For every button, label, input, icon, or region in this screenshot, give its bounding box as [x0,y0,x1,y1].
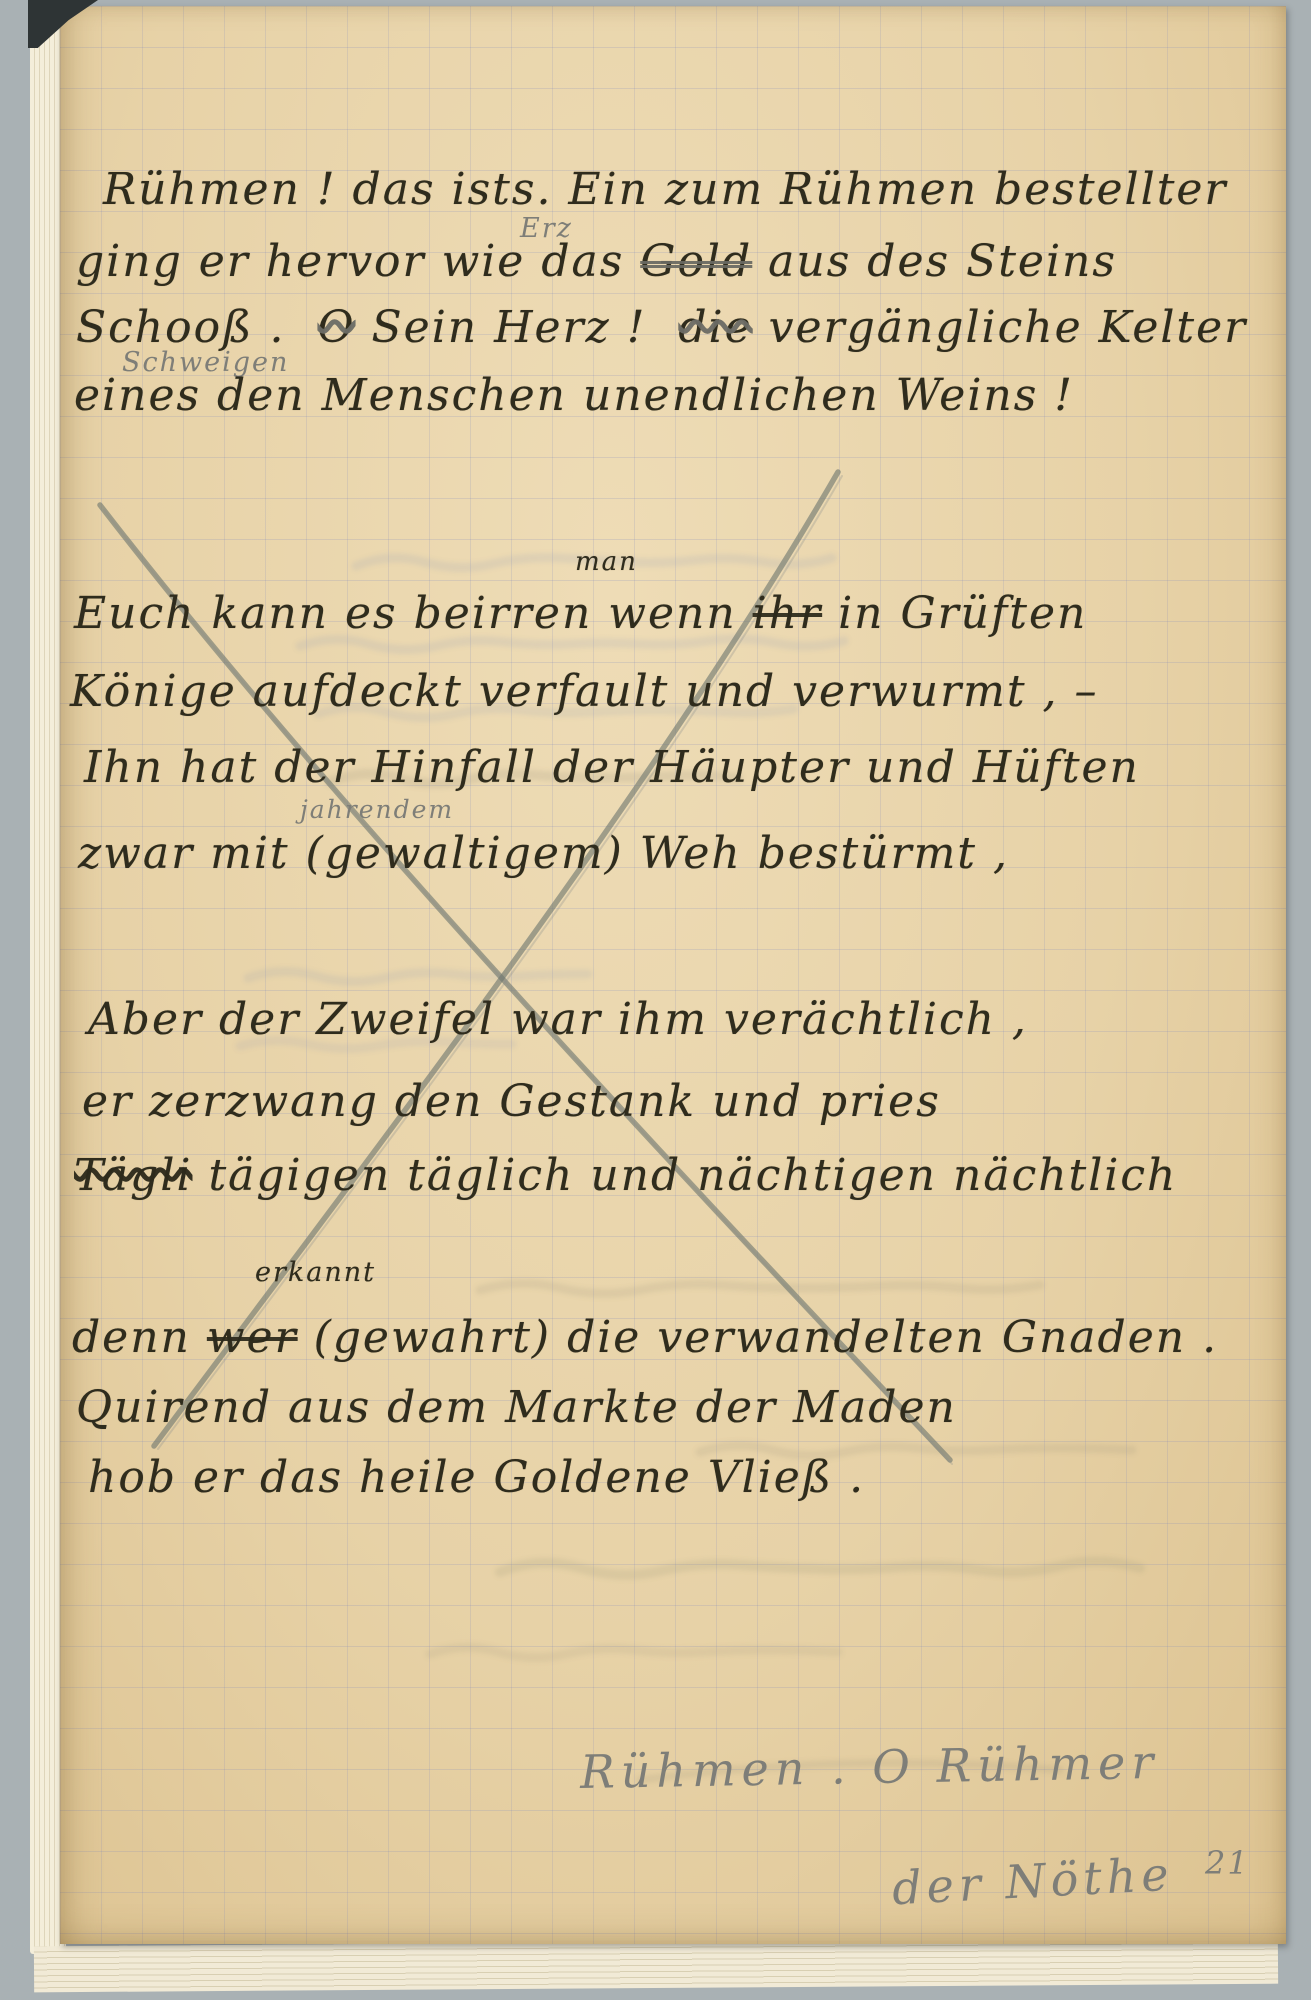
manuscript-page [60,6,1286,1944]
notebook-page-stack-bottom-edge [34,1938,1278,1993]
photograph-of-notebook-page: { "document": { "type": "handwritten poe… [0,0,1311,2000]
